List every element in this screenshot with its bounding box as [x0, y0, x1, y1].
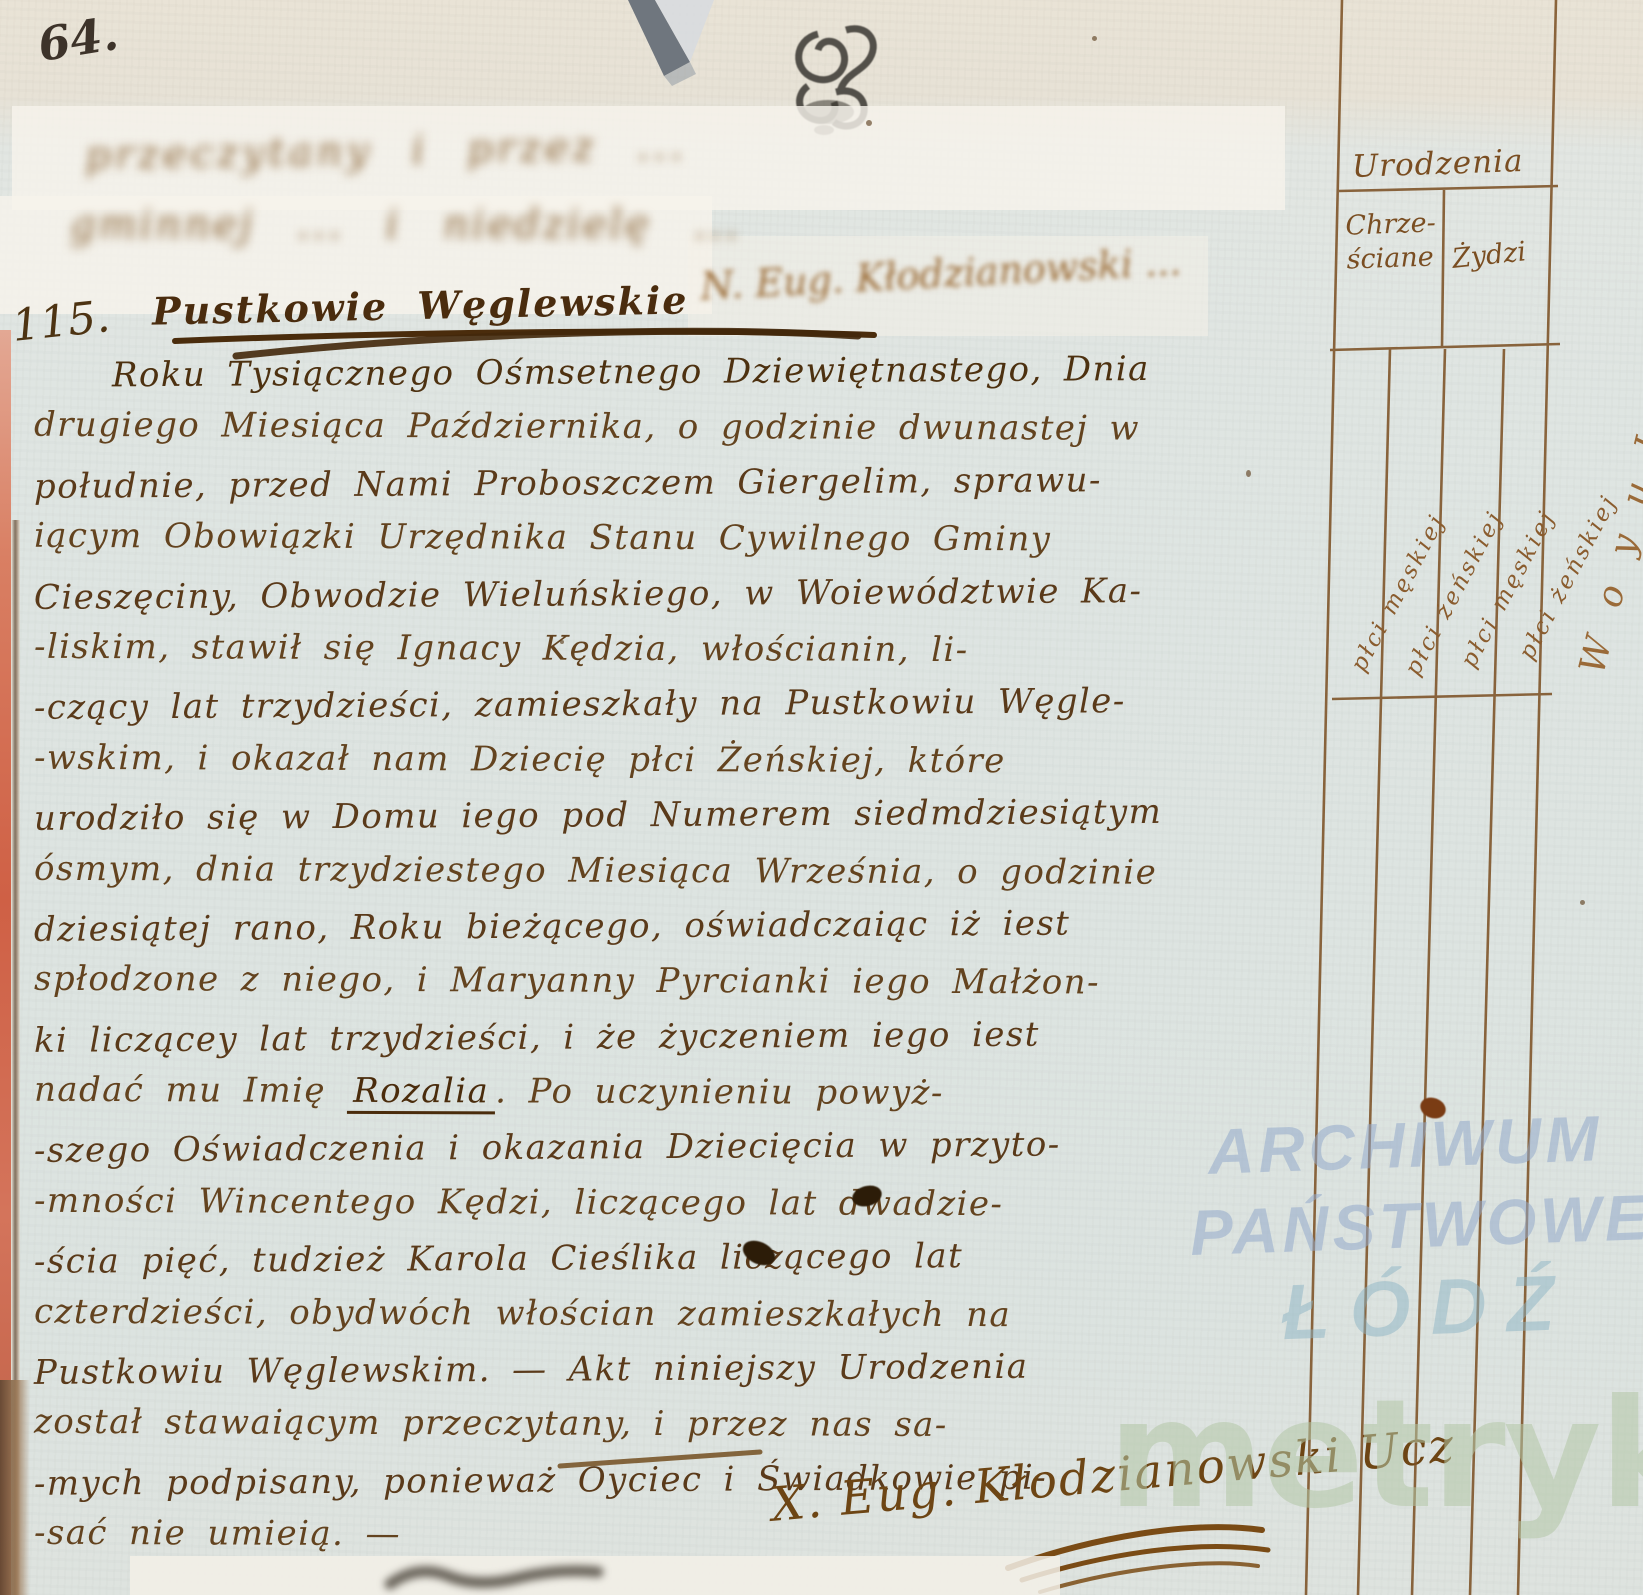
manuscript-line: czterdzieści, obydwóch włościan zamieszk… — [34, 1291, 1290, 1351]
name-line-post: . Po uczynieniu powyż- — [495, 1071, 944, 1113]
manuscript-line: -mności Wincentego Kędzi, liczącego lat … — [34, 1181, 1290, 1241]
archive-watermark-line2: PAŃSTWOWE — [1189, 1180, 1643, 1270]
manuscript-line-child-name: nadać mu Imię Rozalia. Po uczynieniu pow… — [34, 1070, 1290, 1130]
book-edge-shadow — [0, 1380, 30, 1595]
paper-speck — [1246, 470, 1251, 477]
manuscript-line: Cieszęciny, Obwodzie Wieluńskiego, w Woi… — [34, 570, 1290, 633]
paper-speck — [1092, 36, 1097, 41]
paper-speck — [560, 640, 564, 644]
archive-watermark-line3: ŁÓDŹ — [1281, 1257, 1576, 1358]
manuscript-line: południe, przed Nami Proboszczem Giergel… — [34, 459, 1290, 522]
record-number: 115. — [10, 291, 113, 352]
archive-watermark-line1: ARCHIWUM — [1207, 1101, 1604, 1189]
manuscript-line: iącym Obowiązki Urzędnika Stanu Cywilneg… — [34, 516, 1290, 576]
bottom-blur-strip — [130, 1556, 1060, 1595]
table-column-christians: Chrze- ściane — [1345, 206, 1438, 277]
manuscript-line: spłodzone z niego, i Maryanny Pyrcianki … — [34, 959, 1290, 1019]
table-column-christians-line1: Chrze- — [1345, 206, 1436, 243]
manuscript-line: -szego Oświadczenia i okazania Dziecięci… — [34, 1124, 1290, 1187]
manuscript-line: Roku Tysiącznego Ośmsetnego Dziewiętnast… — [34, 348, 1290, 411]
manuscript-line: drugiego Miesiąca Października, o godzin… — [34, 405, 1290, 465]
manuscript-line: ósmym, dnia trzydziestego Miesiąca Wrześ… — [34, 848, 1290, 908]
manuscript-line: ki liczącey lat trzydzieści, i że życzen… — [34, 1013, 1290, 1076]
manuscript-line: -czący lat trzydzieści, zamieszkały na P… — [34, 681, 1290, 744]
table-header-births: Urodzenia — [1351, 143, 1524, 185]
faded-handwriting-line: gminnej ... i niedzielę ... — [70, 202, 741, 248]
genealogy-site-watermark: metryki.gen — [1108, 1368, 1643, 1542]
manuscript-line: -ścia pięć, tudzież Karola Cieślika licz… — [34, 1234, 1290, 1297]
manuscript-line: -liskim, stawił się Ignacy Kędzia, włośc… — [34, 627, 1290, 687]
paper-speck — [866, 120, 872, 126]
table-column-christians-line2: ściane — [1346, 240, 1437, 277]
record-body-text: Roku Tysiącznego Ośmsetnego Dziewiętnast… — [34, 352, 1290, 1571]
child-name: Rozalia — [347, 1071, 495, 1115]
table-column-jews: Żydzi — [1451, 236, 1528, 275]
manuscript-line: dziesiątej rano, Roku bieżącego, oświadc… — [34, 902, 1290, 965]
manuscript-line: urodziło się w Domu iego pod Numerem sie… — [34, 791, 1290, 854]
page-number: 64. — [34, 6, 121, 72]
manuscript-line: -wskim, i okazał nam Dziecię płci Żeński… — [34, 738, 1290, 798]
name-line-pre: nadać mu Imię — [34, 1070, 347, 1111]
paper-speck — [1580, 900, 1585, 905]
scanned-register-page: 64. przeczytany i przez ... gminnej ... … — [0, 0, 1643, 1595]
manuscript-line: Pustkowiu Węglewskim. — Akt niniejszy Ur… — [34, 1345, 1290, 1408]
